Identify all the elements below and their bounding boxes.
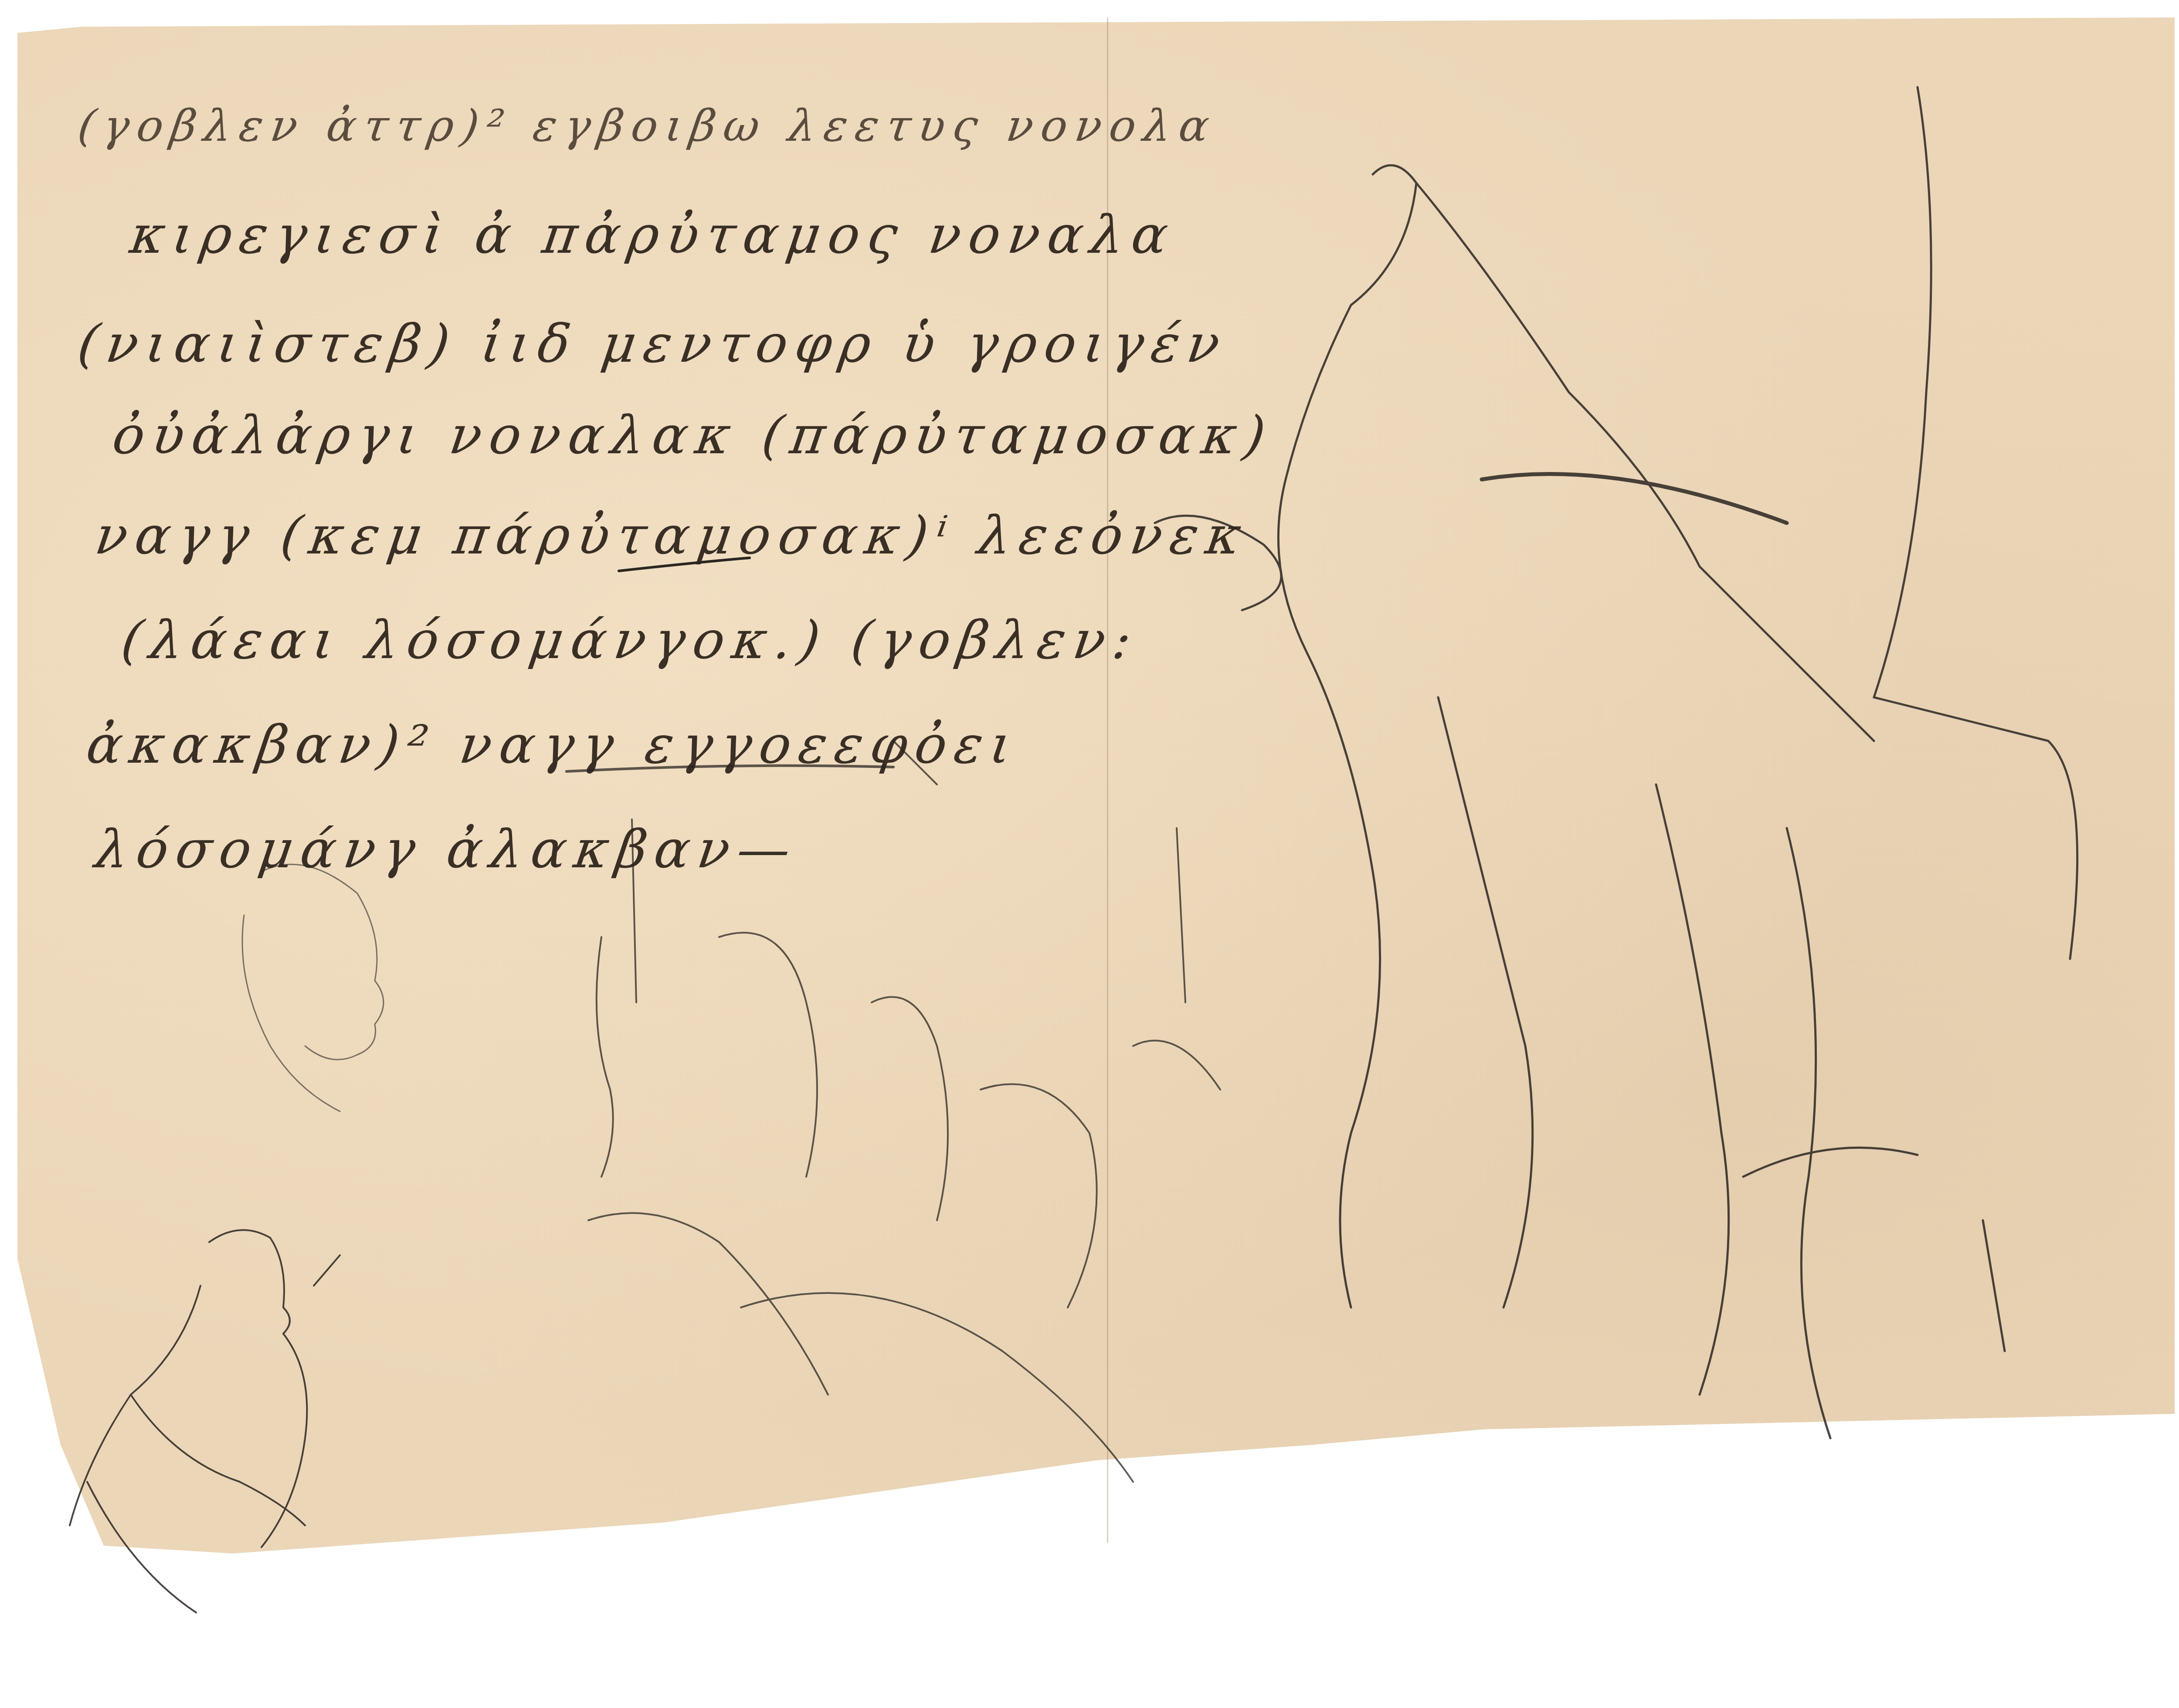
pencil-sketches: [0, 0, 2179, 1708]
profile-head-sketch: [242, 864, 384, 1111]
crowd-sketch: [567, 741, 1220, 1482]
seated-figure-sketch: [70, 1230, 340, 1613]
figure-horse-sketch: [1155, 87, 2077, 1438]
